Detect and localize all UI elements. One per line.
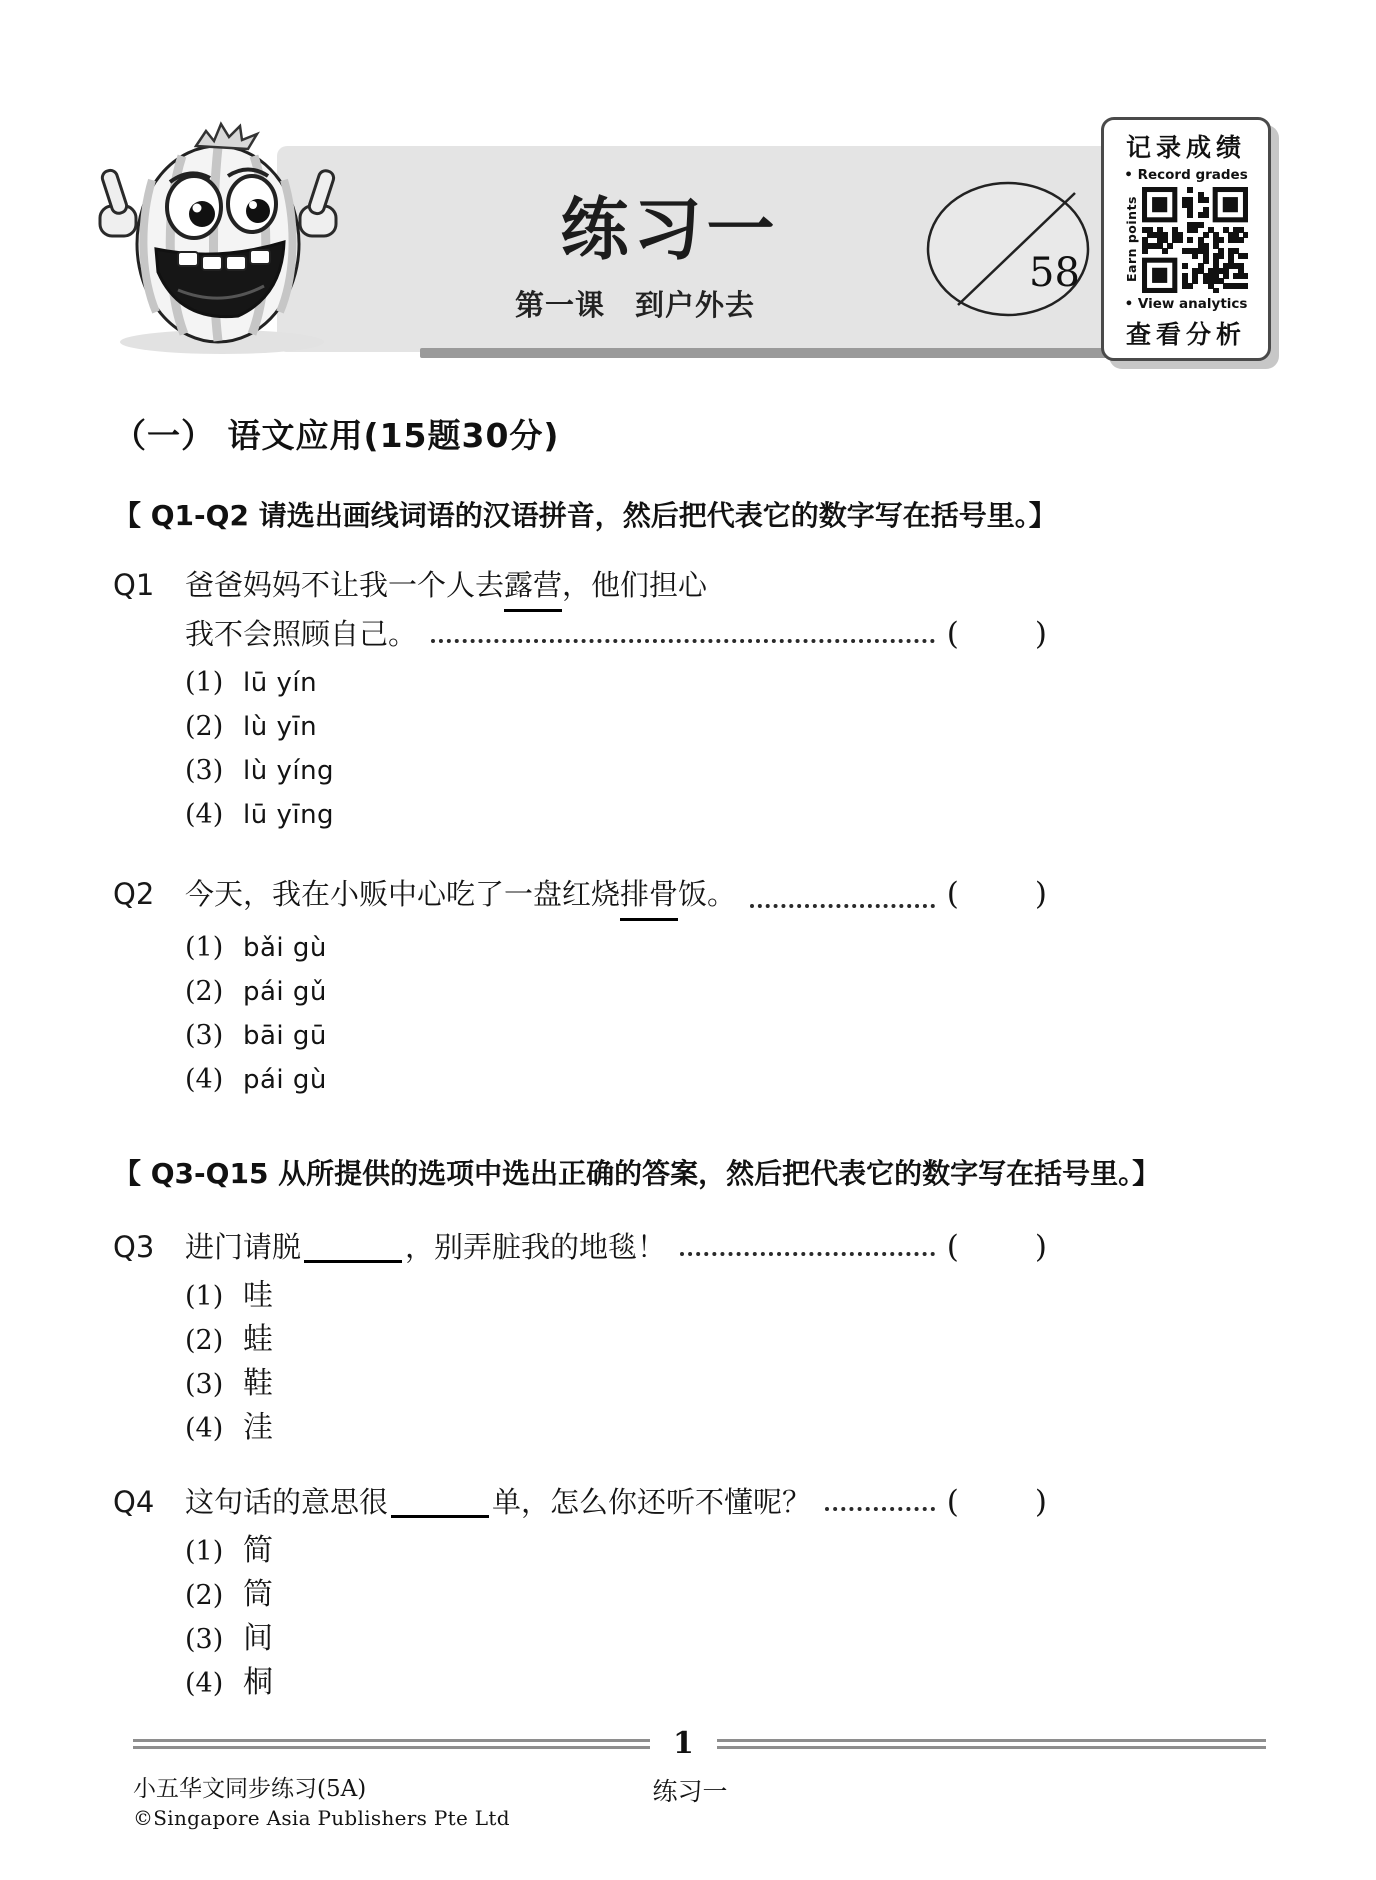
question-content: 爸爸妈妈不让我一个人去露营，他们担心 我不会照顾自己。() (1)lū yín … [185, 563, 1047, 837]
option-number: (3) [185, 1014, 243, 1057]
question-q3: Q3 进门请脱，别弄脏我的地毯！() (1)哇 (2)蛙 (3)鞋 (4)洼 [113, 1225, 1376, 1450]
question-label: Q3 [113, 1225, 185, 1450]
qr-view-analytics-label: • View analytics [1125, 296, 1248, 312]
option-row: (2)pái gǔ [185, 970, 1047, 1014]
option-text: lū yīng [243, 794, 334, 837]
qr-footer-chinese: 查看分析 [1126, 315, 1246, 351]
option-text: bǎi gù [243, 927, 327, 970]
question-q4: Q4 这句话的意思很单，怎么你还听不懂呢？() (1)简 (2)筒 (3)间 (… [113, 1480, 1376, 1705]
option-number: (4) [185, 793, 243, 836]
option-number: (3) [185, 749, 243, 792]
page-number: 1 [650, 1726, 717, 1761]
option-text: 洼 [243, 1406, 273, 1449]
footer-rule-right [717, 1739, 1266, 1749]
header-underline-bar [420, 348, 1114, 358]
answer-paren-open: ( [947, 612, 959, 656]
page-footer: 1 练习一 小五华文同步练习(5A) ©Singapore Asia Publi… [0, 1726, 1376, 1876]
question-content: 进门请脱，别弄脏我的地毯！() (1)哇 (2)蛙 (3)鞋 (4)洼 [185, 1225, 1047, 1450]
option-list: (1)简 (2)筒 (3)间 (4)桐 [185, 1529, 1047, 1705]
dotted-leader [750, 904, 935, 908]
question-text-line: 进门请脱，别弄脏我的地毯！() [185, 1225, 1047, 1269]
question-text: 这句话的意思很 [185, 1480, 388, 1524]
option-row: (1)哇 [185, 1274, 1047, 1318]
dotted-leader [825, 1507, 935, 1511]
question-label: Q1 [113, 563, 185, 837]
question-text: 今天，我在小贩中心吃了一盘红烧 [185, 872, 620, 916]
option-number: (4) [185, 1662, 243, 1705]
option-list: (1)哇 (2)蛙 (3)鞋 (4)洼 [185, 1274, 1047, 1450]
answer-paren-open: ( [947, 1480, 959, 1524]
option-number: (1) [185, 1275, 243, 1318]
qr-panel: 记录成绩 • Record grades Earn points • View … [1101, 117, 1271, 361]
footer-series-title: 小五华文同步练习(5A) [133, 1770, 366, 1803]
answer-paren-close: ) [1035, 872, 1047, 916]
option-text: 间 [243, 1617, 273, 1660]
option-row: (4)洼 [185, 1406, 1047, 1450]
option-row: (4)桐 [185, 1661, 1047, 1705]
option-number: (1) [185, 926, 243, 969]
section-heading: （一） 语文应用(15题30分) [113, 410, 1376, 457]
dotted-leader [680, 1252, 935, 1256]
option-text: pái gǔ [243, 971, 327, 1014]
footer-rule-left [133, 1739, 650, 1749]
option-row: (4)pái gù [185, 1058, 1047, 1102]
option-number: (1) [185, 1530, 243, 1573]
option-number: (2) [185, 705, 243, 748]
dotted-leader [431, 639, 935, 643]
option-number: (3) [185, 1618, 243, 1661]
option-text: 筒 [243, 1573, 273, 1616]
footer-copyright: ©Singapore Asia Publishers Pte Ltd [133, 1806, 510, 1830]
option-list: (1)lū yín (2)lù yīn (3)lù yíng (4)lū yīn… [185, 661, 1047, 837]
answer-paren-open: ( [947, 872, 959, 916]
option-text: lū yín [243, 662, 317, 705]
score-circle: 58 [925, 180, 1091, 318]
option-row: (2)筒 [185, 1573, 1047, 1617]
question-text: 单，怎么你还听不懂呢？ [492, 1480, 811, 1524]
option-row: (3)鞋 [185, 1362, 1047, 1406]
option-number: (1) [185, 661, 243, 704]
question-text-line: 爸爸妈妈不让我一个人去露营，他们担心 [185, 563, 1047, 612]
question-text: 我不会照顾自己。 [185, 612, 417, 656]
option-number: (2) [185, 1574, 243, 1617]
option-text: bāi gū [243, 1015, 327, 1058]
qr-code [1142, 187, 1248, 293]
question-text: ，别弄脏我的地毯！ [405, 1225, 666, 1269]
qr-title-chinese: 记录成绩 [1126, 128, 1246, 164]
option-row: (3)bāi gū [185, 1014, 1047, 1058]
question-text: 爸爸妈妈不让我一个人去 [185, 563, 504, 607]
option-text: lù yīn [243, 706, 317, 749]
question-text: 饭。 [678, 872, 736, 916]
option-number: (3) [185, 1363, 243, 1406]
score-total: 58 [1029, 250, 1080, 296]
instruction-q3-q15: 【 Q3-Q15 从所提供的选项中选出正确的答案，然后把代表它的数字写在括号里。… [113, 1152, 1316, 1192]
option-number: (2) [185, 970, 243, 1013]
option-row: (1)简 [185, 1529, 1047, 1573]
option-number: (4) [185, 1407, 243, 1450]
question-content: 这句话的意思很单，怎么你还听不懂呢？() (1)简 (2)筒 (3)间 (4)桐 [185, 1480, 1047, 1705]
option-row: (2)蛙 [185, 1318, 1047, 1362]
question-text: 进门请脱 [185, 1225, 301, 1269]
instruction-q1-q2: 【 Q1-Q2 请选出画线词语的汉语拼音，然后把代表它的数字写在括号里。】 [113, 494, 1316, 534]
footer-exercise-label: 练习一 [560, 1772, 820, 1808]
worksheet-body: （一） 语文应用(15题30分) 【 Q1-Q2 请选出画线词语的汉语拼音，然后… [0, 410, 1376, 1705]
underlined-word: 露营 [504, 563, 562, 612]
option-text: 鞋 [243, 1362, 273, 1405]
question-text-line: 今天，我在小贩中心吃了一盘红烧排骨饭。() [185, 872, 1047, 921]
option-text: 简 [243, 1529, 273, 1572]
option-text: pái gù [243, 1059, 327, 1102]
option-text: 哇 [243, 1274, 273, 1317]
option-row: (2)lù yīn [185, 705, 1047, 749]
option-row: (1)bǎi gù [185, 926, 1047, 970]
option-row: (3)lù yíng [185, 749, 1047, 793]
option-row: (3)间 [185, 1617, 1047, 1661]
answer-paren-close: ) [1035, 1480, 1047, 1524]
option-list: (1)bǎi gù (2)pái gǔ (3)bāi gū (4)pái gù [185, 926, 1047, 1102]
question-label: Q4 [113, 1480, 185, 1705]
qr-record-grades-label: • Record grades [1124, 167, 1247, 183]
answer-blank [304, 1233, 402, 1263]
answer-paren-open: ( [947, 1225, 959, 1269]
question-label: Q2 [113, 872, 185, 1102]
answer-paren-close: ) [1035, 1225, 1047, 1269]
question-q1: Q1 爸爸妈妈不让我一个人去露营，他们担心 我不会照顾自己。() (1)lū y… [113, 563, 1376, 837]
answer-paren-close: ) [1035, 612, 1047, 656]
worksheet-page: 练习一 第一课 到户外去 58 记录成绩 • Record grades Ear… [0, 0, 1376, 1880]
option-text: 桐 [243, 1661, 273, 1704]
answer-blank [391, 1488, 489, 1518]
footer-rule-row: 1 [0, 1726, 1376, 1761]
underlined-word: 排骨 [620, 872, 678, 921]
option-number: (2) [185, 1319, 243, 1362]
qr-code-row: Earn points [1124, 187, 1248, 293]
option-row: (4)lū yīng [185, 793, 1047, 837]
question-text: ，他们担心 [562, 563, 707, 607]
question-text-line: 这句话的意思很单，怎么你还听不懂呢？() [185, 1480, 1047, 1524]
option-row: (1)lū yín [185, 661, 1047, 705]
question-content: 今天，我在小贩中心吃了一盘红烧排骨饭。() (1)bǎi gù (2)pái g… [185, 872, 1047, 1102]
question-text-line: 我不会照顾自己。() [185, 612, 1047, 656]
lesson-subtitle: 第一课 到户外去 [470, 283, 800, 324]
option-number: (4) [185, 1058, 243, 1101]
qr-earn-points-label: Earn points [1124, 196, 1139, 282]
watermelon-mascot-illustration [82, 92, 354, 360]
option-text: 蛙 [243, 1318, 273, 1361]
page-title: 练习一 [505, 176, 835, 273]
option-text: lù yíng [243, 750, 334, 793]
question-q2: Q2 今天，我在小贩中心吃了一盘红烧排骨饭。() (1)bǎi gù (2)pá… [113, 872, 1376, 1102]
